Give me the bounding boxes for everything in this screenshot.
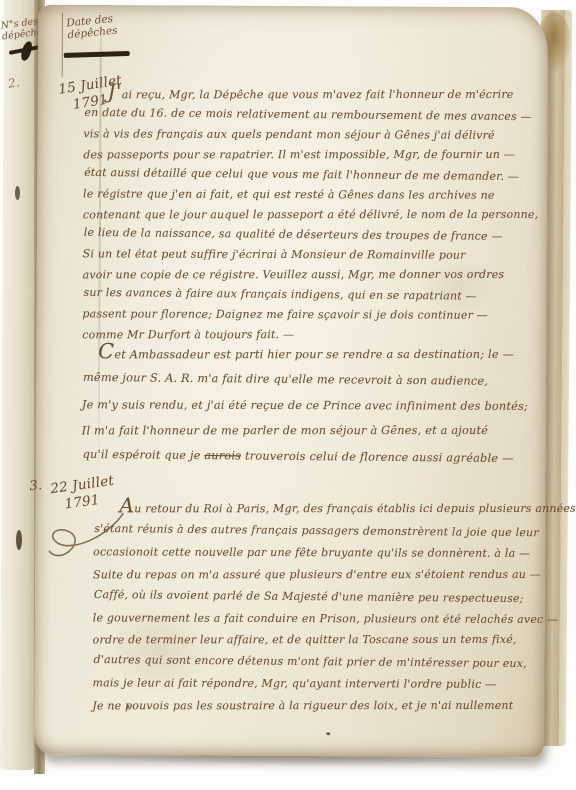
manuscript-line: le régistre que j'en ai fait, et qui est… [83, 184, 549, 206]
entry1-margin-number: 2. [7, 75, 21, 91]
manuscript-line: Caffé, où ils avoient parlé de Sa Majest… [94, 584, 546, 610]
date-column-header: Date des dépêches [66, 13, 118, 42]
manuscript-page: Date des dépêches 15 Juillet 1791 J'ai r… [34, 5, 548, 758]
ink-speck [326, 732, 330, 735]
struck-word: aurois [204, 449, 241, 462]
manuscript-line: Je m'y suis rendu, et j'ai été reçue de … [82, 392, 548, 419]
line-segment: trouverois celui de florence aussi agréa… [241, 449, 513, 465]
date-column-underline-bar [64, 51, 130, 58]
entry2-margin-number: 3. [29, 478, 43, 494]
manuscript-line: Au retour du Roi à Paris, Mgr, des franç… [93, 498, 545, 520]
manuscript-line: même jour S. A. R. m'a fait dire qu'elle… [83, 365, 549, 395]
manuscript-line: mais je leur ai fait répondre, Mgr, qu'a… [92, 673, 544, 696]
manuscript-line-with-strikeout: qu'il espéroit que je aurois trouverois … [83, 442, 549, 472]
entry1-paragraph-1: J'ai reçu, Mgr, la Dépêche que vous m'av… [82, 83, 549, 346]
line-segment: qu'il espéroit que je [83, 448, 205, 462]
manuscript-line: Cet Ambassadeur est parti hier pour se r… [82, 342, 548, 368]
manuscript-line: contenant que le jour auquel le passepor… [83, 205, 549, 225]
manuscript-line: vis à vis des français aux quels pendant… [83, 124, 549, 146]
manuscript-photo: N°s des dépêches 2. Date des dépêches 15… [0, 0, 576, 790]
manuscript-line: des passeports pour se rapatrier. Il m'e… [83, 145, 549, 165]
manuscript-line: avoir une copie de ce régistre. Veuillez… [83, 265, 549, 285]
manuscript-line: J'ai reçu, Mgr, la Dépêche que vous m'av… [84, 84, 550, 105]
entry2-paragraph-1: Au retour du Roi à Paris, Mgr, des franç… [92, 497, 545, 718]
entry1-paragraph-2: Cet Ambassadeur est parti hier pour se r… [82, 341, 549, 470]
manuscript-line: le gouvernement les a fait conduire en P… [93, 607, 545, 630]
manuscript-line: occasionoit cette nouvelle par une fête … [93, 541, 545, 564]
ink-blot [16, 530, 22, 550]
manuscript-line: Il m'a fait l'honneur de me parler de mo… [82, 418, 548, 444]
date-column-rule [62, 13, 63, 77]
manuscript-line: passent pour florence; Daignez me faire … [82, 304, 548, 326]
manuscript-line: Je ne pouvois pas les soustraire à la ri… [92, 695, 544, 717]
manuscript-line: Si un tel état peut suffire j'écrirai à … [83, 244, 549, 266]
manuscript-line: s'étant réunis à des autres français pas… [94, 518, 546, 544]
manuscript-line: ordre de terminer leur affaire, et de qu… [93, 629, 545, 651]
ink-blot [15, 186, 20, 200]
manuscript-line: Suite du repas on m'a assuré que plusieu… [93, 564, 545, 586]
